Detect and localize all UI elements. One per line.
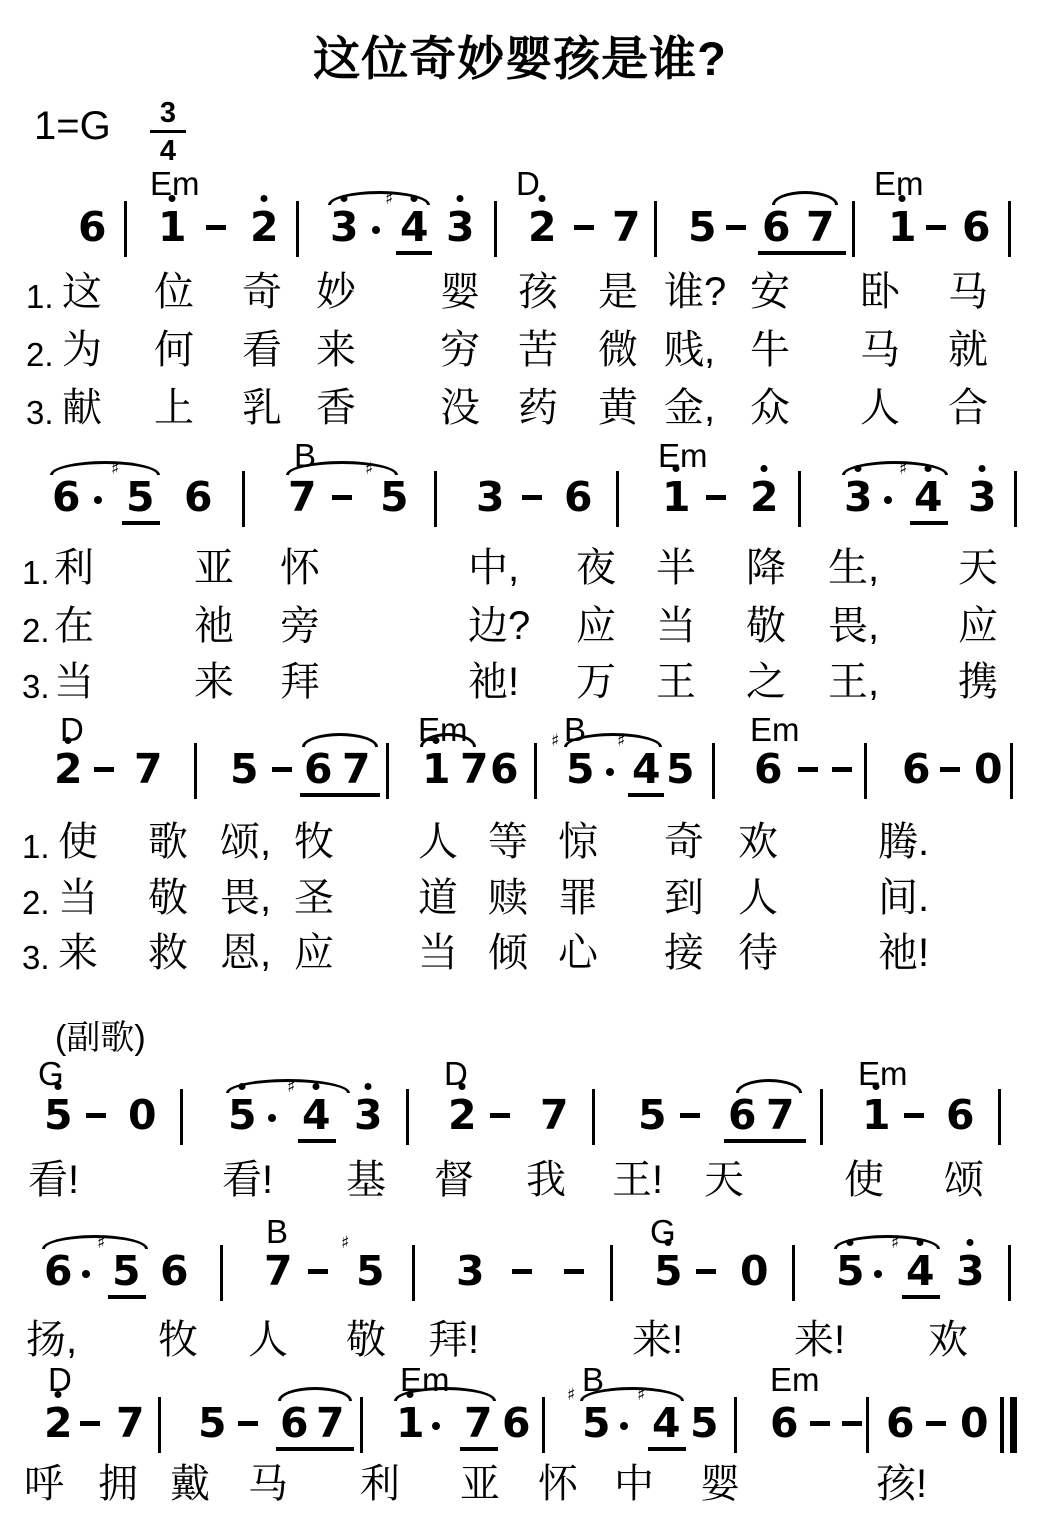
final-barline [1000, 1397, 1017, 1453]
barline [158, 1397, 161, 1453]
lyric-char: 拥 [98, 1460, 138, 1508]
note-digit: 6 [886, 1400, 915, 1446]
note-digit: 7 [116, 1400, 145, 1446]
note-digit: 6 [770, 1400, 799, 1446]
eighth-note-beam [460, 1447, 498, 1451]
augmentation-dot [432, 1422, 440, 1430]
barline [866, 1397, 869, 1453]
lyric-char: 亚 [460, 1460, 500, 1508]
eighth-note-beam [648, 1447, 686, 1451]
eighth-note-beam [276, 1447, 354, 1451]
note-digit: 7 [316, 1400, 345, 1446]
note-digit: 1 [396, 1400, 425, 1446]
slur-arc [278, 1387, 352, 1401]
note-digit: 6 [502, 1400, 531, 1446]
chord-label: Em [770, 1362, 820, 1398]
lyric-char: 婴 [700, 1460, 740, 1508]
note-digit: 5♯ [582, 1400, 611, 1446]
note-digit: 6 [280, 1400, 309, 1446]
lyric-char: 利 [360, 1460, 400, 1508]
barline [360, 1397, 363, 1453]
duration-dash [238, 1421, 258, 1426]
augmentation-dot [620, 1422, 628, 1430]
lyric-char: 怀 [538, 1460, 578, 1508]
sheet-music-page: 这位奇妙婴孩是谁? 1=G 3 4 (副歌) EmDEm61234♯327567… [0, 0, 1040, 1538]
lyric-char: 中 [614, 1460, 654, 1508]
duration-dash [926, 1421, 946, 1426]
octave-dot [55, 1391, 62, 1398]
note-digit: 5 [690, 1400, 719, 1446]
note-digit: 5 [198, 1400, 227, 1446]
duration-dash [810, 1421, 830, 1426]
lyric-char: 孩! [876, 1460, 927, 1508]
music-system: DEmBEm275671765♯4♯5660呼拥戴马利亚怀中婴孩! [0, 0, 1040, 1538]
lyric-char: 戴 [170, 1460, 210, 1508]
duration-dash [80, 1421, 100, 1426]
sharp-icon: ♯ [567, 1387, 575, 1403]
duration-dash [842, 1421, 862, 1426]
note-digit: 2 [44, 1400, 73, 1446]
note-digit: 7 [464, 1400, 493, 1446]
barline [542, 1397, 545, 1453]
note-digit: 4♯ [652, 1400, 681, 1446]
lyric-char: 呼 [24, 1460, 64, 1508]
barline [734, 1397, 737, 1453]
lyric-char: 马 [248, 1460, 288, 1508]
note-digit: 0 [960, 1400, 989, 1446]
